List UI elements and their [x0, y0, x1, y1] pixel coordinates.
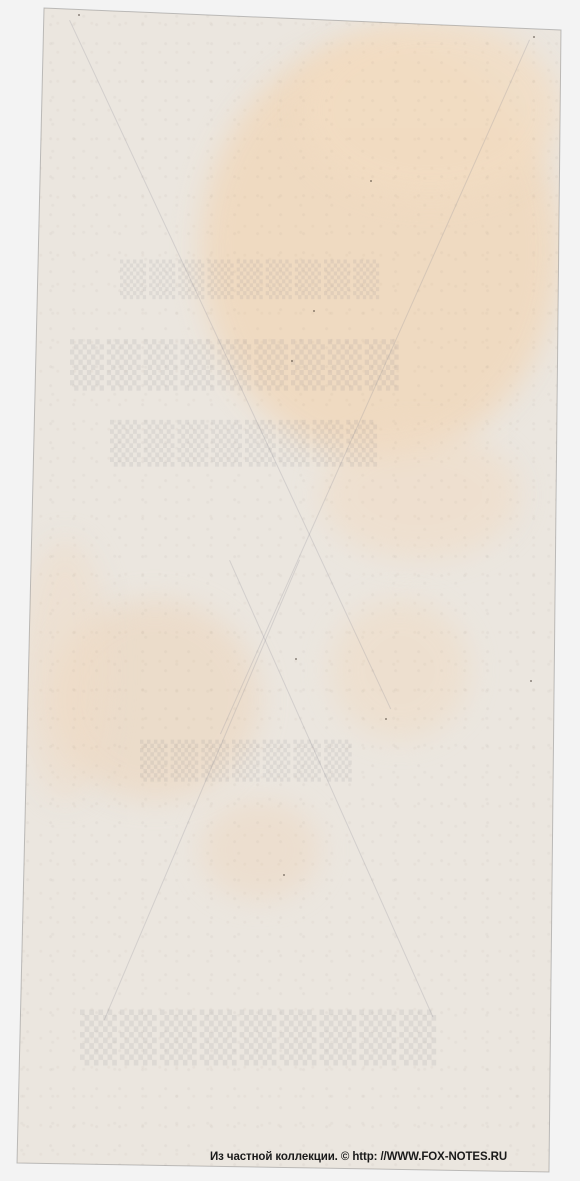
paper-speck	[533, 36, 535, 38]
paper-speck	[283, 874, 285, 876]
watermark-caption: Из частной коллекции. © http: //WWW.FOX-…	[210, 1151, 507, 1163]
paper-speck	[78, 14, 80, 16]
paper-speck	[385, 718, 387, 720]
scan-canvas: ▒▒▒▒▒▒▒▒▒ ▒▒▒▒▒▒▒▒▒ ▒▒▒▒▒▒▒▒ ▒▒▒▒▒▒▒ ▒▒▒…	[0, 0, 580, 1181]
paper-speck	[291, 360, 293, 362]
paper-speck	[295, 658, 297, 660]
paper-texture	[0, 0, 580, 1181]
paper-speck	[530, 680, 532, 682]
paper-speck	[313, 310, 315, 312]
paper-note: ▒▒▒▒▒▒▒▒▒ ▒▒▒▒▒▒▒▒▒ ▒▒▒▒▒▒▒▒ ▒▒▒▒▒▒▒ ▒▒▒…	[0, 0, 580, 1181]
paper-speck	[370, 180, 372, 182]
